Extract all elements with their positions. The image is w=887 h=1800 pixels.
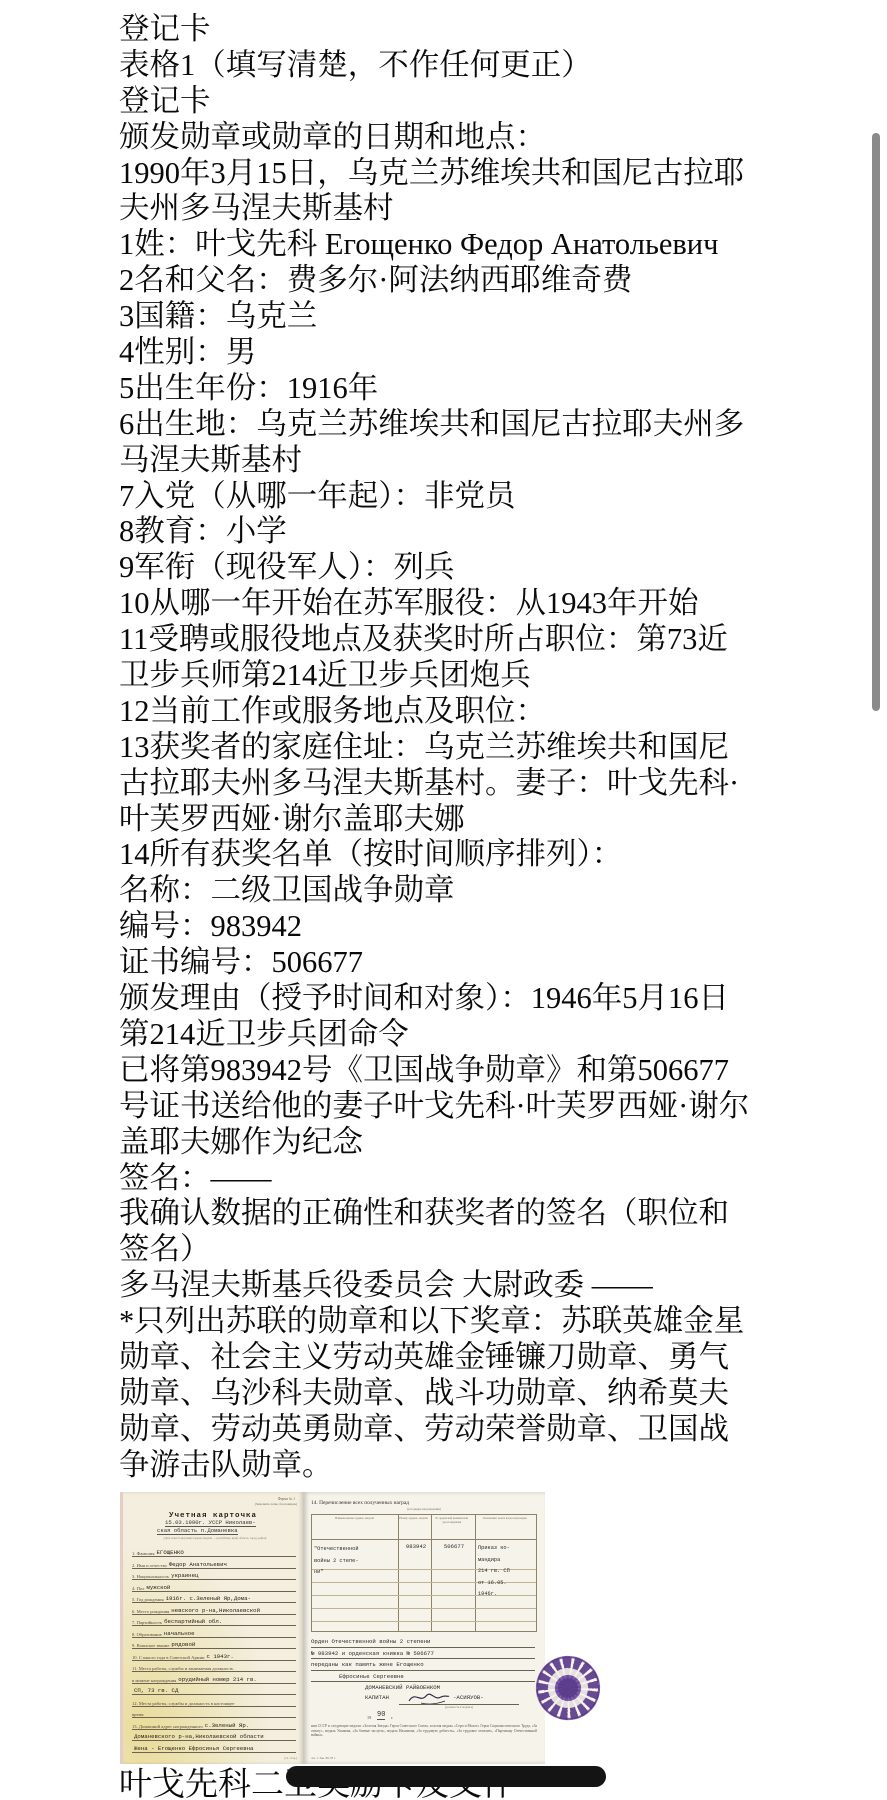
scan-fields-list: 1. ФамилияЕГОЩЕНКО2. Имя и отчествоФедор… [132, 1548, 296, 1755]
scan-field-row: Жена - Егощенко Ефросинья Сергеевна [132, 1743, 296, 1752]
scan-field-label: 4. Пол [132, 1586, 146, 1591]
document-text-line: 13获奖者的家庭住址：乌克兰苏维埃共和国尼 [119, 730, 809, 766]
document-text-line: 1990年3月15日，乌克兰苏维埃共和国尼古拉耶 [119, 156, 809, 192]
document-text-line: 已将第983942号《卫国战争勋章》和第506677 [119, 1053, 809, 1089]
table-header-row: Наименование ордена, медалиНомер ордена,… [312, 1515, 536, 1540]
scan-field-value: невского р-на,Николаевской [171, 1607, 260, 1614]
document-text-line: 6出生地：乌克兰苏维埃共和国尼古拉耶夫州多 [119, 407, 809, 443]
document-text-line: 第214近卫步兵团命令 [119, 1017, 809, 1053]
scan-field-value: ЕГОЩЕНКО [157, 1549, 184, 1556]
table-header-cell: Наименование ордена, медали [312, 1515, 397, 1539]
scan-field-label: 3. Национальность [132, 1574, 171, 1579]
document-text-line: 编号：983942 [119, 909, 809, 945]
award-doc-number-cell: 506677 [433, 1543, 475, 1550]
table-header-cell: Основание: кем и когда награжден [474, 1515, 536, 1539]
cell-line: 1946г. [478, 1589, 536, 1601]
document-text-line: 8教育：小学 [119, 514, 809, 550]
document-text-line: 勋章、社会主义劳动英雄金锤镰刀勋章、勇气 [119, 1340, 809, 1376]
scan-footnote-paragraph: нии СССР и следующие медали: «Золотая Зв… [311, 1724, 537, 1738]
scan-field-row: 8. Образованиеначальное [132, 1628, 296, 1637]
scan-transfer-note: Орден Отечественной войны 2 степени№ 983… [311, 1638, 535, 1684]
scan-field-row: 4. Полмужской [132, 1582, 296, 1591]
document-text-line: 12当前工作或服务地点及职位： [119, 694, 809, 730]
scan-handwritten-place: ская область п.Доманевка [157, 1527, 238, 1535]
scan-awards-subnote: (в порядке награждения) [303, 1507, 545, 1511]
year-suffix: г. [391, 1715, 393, 1720]
scan-field-row: 11. Места работы, службы и занимаемая до… [132, 1663, 296, 1672]
scan-awards-table: Наименование ордена, медалиНомер ордена,… [311, 1514, 537, 1632]
scan-field-row: время [132, 1709, 296, 1718]
scan-field-label: в момент награждения [132, 1678, 178, 1683]
year-handwritten: 90 [377, 1711, 385, 1720]
document-text-line: 9军衔（现役军人）：列兵 [119, 550, 809, 586]
scan-note-line: № 983942 и орденская книжка № 506677 [311, 1650, 535, 1660]
redaction-bar [286, 1766, 606, 1787]
scan-fill-note: (Заполнять четко, без помарок) [255, 1503, 297, 1507]
cell-line: войны 2 степе- [314, 1556, 396, 1568]
cell-line: Приказ ко- [478, 1543, 536, 1555]
scan-field-label: 13. Домашний адрес награжденного [132, 1724, 205, 1729]
award-basis-cell: Приказ ко-мандира214 гв. СПот 16.05.1946… [478, 1543, 536, 1601]
scrollbar-thumb[interactable] [872, 133, 880, 711]
scan-field-label: 12. Места работы, службы и должность в н… [132, 1701, 236, 1706]
scan-field-row: Доманевского р-на,Николаевской области [132, 1732, 296, 1741]
scan-field-label: 2. Имя и отчество [132, 1563, 169, 1568]
document-text-line: 登记卡 [119, 84, 809, 120]
scan-field-value: Федор Анатольевич [169, 1561, 227, 1568]
scan-field-row: 10. С какого года в Советской Армиис 194… [132, 1651, 296, 1660]
document-text-line: 勋章、劳动英勇勋章、劳动荣誉勋章、卫国战 [119, 1412, 809, 1448]
document-text-line: 14所有获奖名单（按时间顺序排列）： [119, 837, 809, 873]
cell-line: "Отечественной [314, 1544, 396, 1556]
scan-field-row: 2. Имя и отчествоФедор Анатольевич [132, 1559, 296, 1568]
scan-field-value: Жена - Егощенко Ефросинья Сергеевна [134, 1745, 253, 1752]
scan-field-label: время [132, 1712, 146, 1717]
document-text-line: 马涅夫斯基村 [119, 443, 809, 479]
scan-field-value: с 1943г. [207, 1653, 234, 1660]
document-text-line: 3国籍：乌克兰 [119, 299, 809, 335]
document-text-line: 颁发勋章或勋章的日期和地点： [119, 120, 809, 156]
scan-note-line: Орден Отечественной войны 2 степени [311, 1638, 535, 1648]
scan-field-label: 6. Место рождения [132, 1609, 171, 1614]
scan-field-label: 7. Партийность [132, 1620, 164, 1625]
scan-field-label: 5. Год рождения [132, 1597, 166, 1602]
scan-note-line: Ефросинье Сергеевне [311, 1673, 535, 1683]
scan-field-value: СП, 73 гв. СД [134, 1687, 178, 1694]
document-text-line: 11受聘或服役地点及获奖时所占职位：第73近 [119, 622, 809, 658]
document-text-line: 签名） [119, 1232, 809, 1268]
document-text-line: 我确认数据的正确性和获奖者的签名（职位和 [119, 1196, 809, 1232]
scan-awards-header: 14. Перечисление всех полученных наград [311, 1500, 409, 1506]
signature-subnote: (должность и подпись) [399, 1705, 519, 1709]
scan-field-row: СП, 73 гв. СД [132, 1686, 296, 1695]
document-text-line: 7入党（从哪一年起）：非党员 [119, 479, 809, 515]
scan-field-label: 10. С какого года в Советской Армии [132, 1655, 207, 1660]
scan-field-label: 9. Воинское звание [132, 1643, 171, 1648]
award-number-cell: 983942 [400, 1543, 432, 1550]
scan-title-subnote: (Дата и место вручения ордена, медали — … [133, 1537, 297, 1541]
document-text-line: 号证书送给他的妻子叶戈先科·叶芙罗西娅·谢尔 [119, 1089, 809, 1125]
document-text-line: 签名：—— [119, 1161, 809, 1197]
scan-field-row: 12. Места работы, службы и должность в н… [132, 1697, 296, 1706]
document-text-block: 登记卡表格1（填写清楚，不作任何更正）登记卡颁发勋章或勋章的日期和地点：1990… [119, 12, 809, 1484]
document-text-line: 10从哪一年开始在苏军服役：从1943年开始 [119, 586, 809, 622]
scan-field-value: начальное [164, 1630, 195, 1637]
cell-line: мандира [478, 1555, 536, 1567]
document-text-line: 4性别：男 [119, 335, 809, 371]
document-text-line: 夫州多马涅夫斯基村 [119, 191, 809, 227]
year-prefix: 19 [367, 1715, 371, 1720]
document-text-line: 古拉耶夫州多马涅夫斯基村。妻子：叶戈先科· [119, 766, 809, 802]
scan-field-row: 3. Национальностьукраинец [132, 1571, 296, 1580]
scan-field-value: Доманевского р-на,Николаевской области [134, 1733, 264, 1740]
scan-field-value: беспартийный обл. [164, 1618, 222, 1625]
document-text-line: 登记卡 [119, 12, 809, 48]
scan-official-rank: КАПИТАН [365, 1694, 389, 1701]
scan-field-row: 13. Домашний адрес награжденногос.Зелены… [132, 1720, 296, 1729]
document-text-line: 叶芙罗西娅·谢尔盖耶夫娜 [119, 802, 809, 838]
document-text-line: 盖耶夫娜作为纪念 [119, 1125, 809, 1161]
scan-handwritten-date: 15.03.1990г. УССР Николаев- [165, 1519, 256, 1527]
document-text-line: 证书编号：506677 [119, 945, 809, 981]
scan-field-label: 11. Места работы, службы и занимаемая до… [132, 1666, 235, 1671]
table-header-cell: Номер ордена, медали [397, 1515, 430, 1539]
scan-official-name: -АСИЯУОВ- [453, 1694, 484, 1701]
document-text-line: 争游击队勋章。 [119, 1448, 809, 1484]
round-stamp [532, 1652, 604, 1724]
scan-field-value: с.Зеленый Яр. [205, 1722, 249, 1729]
scan-field-label: 1. Фамилия [132, 1551, 157, 1556]
scan-field-value: 1916г. с.Зеленый Яр,Дома- [166, 1595, 251, 1602]
scan-field-row: 5. Год рождения1916г. с.Зеленый Яр,Дома- [132, 1594, 296, 1603]
document-text-line: 1姓：叶戈先科 Егощенко Федор Анатольевич [119, 227, 809, 263]
document-text-line: 颁发理由（授予时间和对象）：1946年5月16日 [119, 981, 809, 1017]
document-text-line: 表格1（填写清楚，不作任何更正） [119, 48, 809, 84]
scanned-document-image: Форма № 1 (Заполнять четко, без помарок)… [120, 1492, 548, 1764]
scan-left-page: Форма № 1 (Заполнять четко, без помарок)… [120, 1492, 303, 1764]
scan-field-row: 7. Партийностьбеспартийный обл. [132, 1617, 296, 1626]
scan-note-line: переданы как память жене Егощенко [311, 1661, 535, 1671]
scan-field-row: 1. ФамилияЕГОЩЕНКО [132, 1548, 296, 1557]
scan-field-value: мужской [146, 1584, 170, 1591]
cell-line: 214 гв. СП [478, 1566, 536, 1578]
scan-field-label: 8. Образование [132, 1632, 164, 1637]
table-rule [312, 1608, 536, 1609]
document-text-line: 多马涅夫斯基兵役委员会 大尉政委 —— [119, 1268, 809, 1304]
document-text-line: 2名和父名：费多尔·阿法纳西耶维奇费 [119, 263, 809, 299]
document-text-line: *只列出苏联的勋章和以下奖章：苏联英雄金星 [119, 1304, 809, 1340]
document-text-line: 卫步兵师第214近卫步兵团炮兵 [119, 658, 809, 694]
document-text-line: 勋章、乌沙科夫勋章、战斗功勋章、纳希莫夫 [119, 1376, 809, 1412]
scan-right-page: 14. Перечисление всех полученных наград … [303, 1492, 545, 1764]
scan-field-value: орудийный номер 214 гв. [178, 1676, 257, 1683]
cell-line: ни" [314, 1567, 396, 1579]
scan-field-value: украинец [171, 1572, 198, 1579]
table-header-cell: № орденской книжки или удостоверения [430, 1515, 474, 1539]
scan-field-row: 9. Воинское званиерядовой [132, 1640, 296, 1649]
cell-line: от 16.05. [478, 1578, 536, 1590]
document-text-line: 5出生年份：1916年 [119, 371, 809, 407]
scan-field-row: 6. Место рожденияневского р-на,Николаевс… [132, 1605, 296, 1614]
scan-form-number: Форма № 1 [278, 1497, 295, 1501]
scan-field-row: в момент награжденияорудийный номер 214 … [132, 1674, 296, 1683]
award-name-cell: "Отечественнойвойны 2 степе-ни" [314, 1544, 396, 1579]
document-text-line: 名称：二级卫国战争勋章 [119, 873, 809, 909]
table-rule [312, 1621, 536, 1622]
scan-field-value: рядовой [171, 1641, 195, 1648]
